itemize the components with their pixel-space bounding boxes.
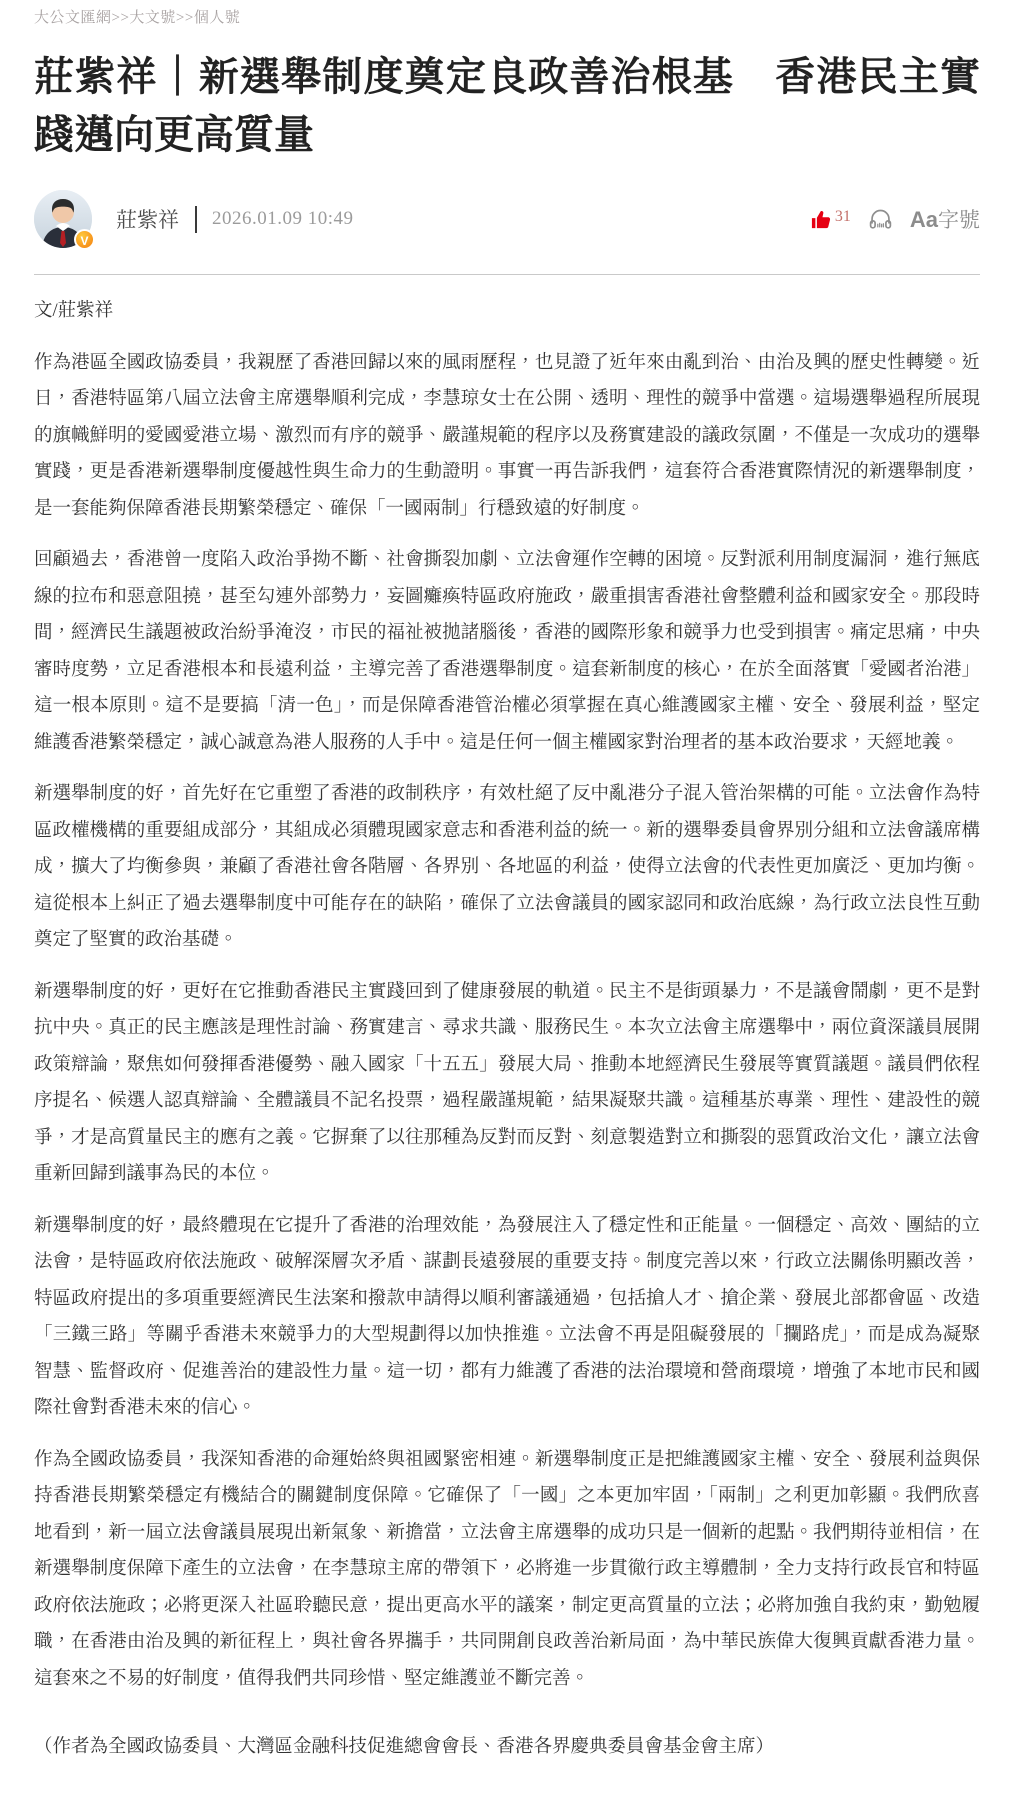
page-title: 莊紫祥｜新選舉制度奠定良政善治根基 香港民主實踐邁向更高質量 [34,48,980,164]
header-divider [34,274,980,275]
font-size-prefix: Aa [910,207,938,233]
verified-badge-icon: V [74,229,95,250]
name-date-divider [195,206,197,233]
article-toolbar: 31 Aa 字號 [810,204,980,234]
article-paragraph: 新選舉制度的好，最終體現在它提升了香港的治理效能，為發展注入了穩定性和正能量。一… [34,1208,980,1427]
author-name[interactable]: 莊紫祥 [116,204,179,234]
author-row: V 莊紫祥 2026.01.09 10:49 31 [34,187,980,251]
article-paragraph: 回顧過去，香港曾一度陷入政治爭拗不斷、社會撕裂加劇、立法會運作空轉的困境。反對派… [34,542,980,761]
article-paragraph: 作為全國政協委員，我深知香港的命運始終與祖國緊密相連。新選舉制度正是把維護國家主… [34,1442,980,1698]
article-page: 大公文匯網>>大文號>>個人號 莊紫祥｜新選舉制度奠定良政善治根基 香港民主實踐… [0,0,1014,1806]
like-button[interactable]: 31 [810,208,851,231]
paragraph-list: 作為港區全國政協委員，我親歷了香港回歸以來的風雨歷程，也見證了近年來由亂到治、由… [34,345,980,1698]
byline: 文/莊紫祥 [34,293,980,330]
headphones-icon [867,206,894,233]
article-paragraph: 作為港區全國政協委員，我親歷了香港回歸以來的風雨歷程，也見證了近年來由亂到治、由… [34,345,980,528]
listen-button[interactable] [865,206,896,233]
breadcrumb[interactable]: 大公文匯網>>大文號>>個人號 [34,8,980,28]
article-paragraph: 新選舉制度的好，更好在它推動香港民主實踐回到了健康發展的軌道。民主不是街頭暴力，… [34,974,980,1193]
font-size-button[interactable]: Aa 字號 [910,204,980,234]
thumbs-up-icon [810,208,833,231]
article-body: 文/莊紫祥 作為港區全國政協委員，我親歷了香港回歸以來的風雨歷程，也見證了近年來… [34,293,980,1766]
author-avatar[interactable]: V [34,190,92,248]
publish-date: 2026.01.09 10:49 [212,208,354,230]
article-paragraph: 新選舉制度的好，首先好在它重塑了香港的政制秩序，有效杜絕了反中亂港分子混入管治架… [34,776,980,959]
author-footnote: （作者為全國政協委員、大灣區金融科技促進總會會長、香港各界慶典委員會基金會主席） [34,1729,980,1766]
like-count: 31 [835,208,851,226]
font-size-label: 字號 [938,204,980,234]
